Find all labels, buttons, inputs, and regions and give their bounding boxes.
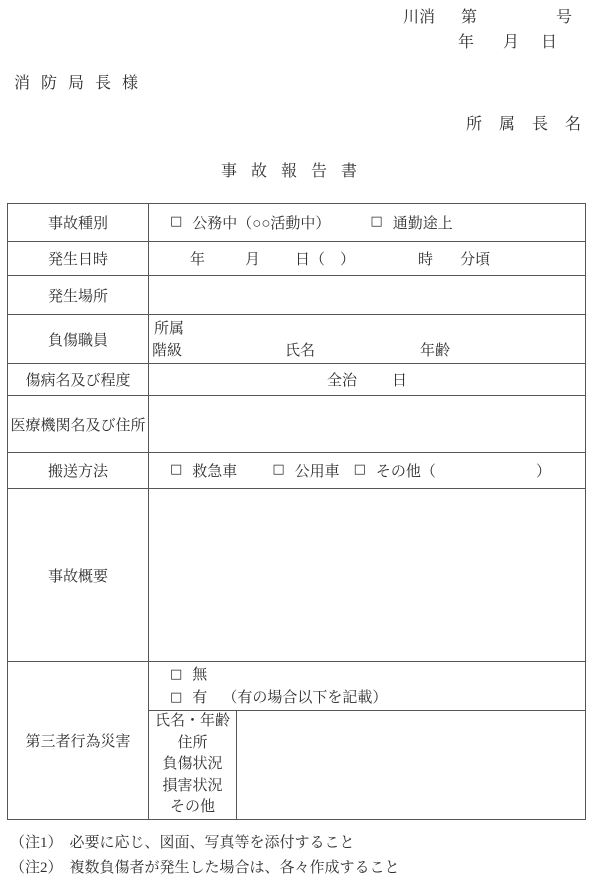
option-on-duty-label: 公務中（○○活動中） <box>192 212 330 233</box>
option-commute-label: 通勤途上 <box>393 212 453 233</box>
medical-institution-input-area[interactable] <box>149 396 585 452</box>
row-third-party: 第三者行為災害 □ 無 □ 有 （有の場合以下を記載） 氏名・年齢 住所 負傷状… <box>8 661 585 819</box>
location-input-area[interactable] <box>149 276 585 314</box>
detail-name-age-label: 氏名・年齢 <box>155 711 230 732</box>
checkbox-ambulance-icon[interactable]: □ <box>170 462 182 477</box>
third-party-yes-label: 有 <box>192 687 207 710</box>
datetime-year-label: 年 <box>190 248 205 269</box>
checkbox-commute-icon[interactable]: □ <box>370 214 382 229</box>
checkbox-none-icon[interactable]: □ <box>170 663 182 686</box>
row-accident-summary: 事故概要 <box>8 488 585 661</box>
datetime-month-label: 月 <box>245 248 260 269</box>
datetime-minute-label: 分頃 <box>460 248 490 269</box>
location-label: 発生場所 <box>8 276 149 314</box>
doc-number-dai: 第 <box>461 4 477 27</box>
option-ambulance-label: 救急車 <box>192 460 237 481</box>
checkbox-on-duty-icon[interactable]: □ <box>170 214 182 229</box>
accident-summary-input-area[interactable] <box>149 489 585 661</box>
injured-rank-label: 階級 <box>152 340 182 362</box>
note-2: （注2） 複数負傷者が発生した場合は、各々作成すること <box>10 856 400 875</box>
injured-name-label: 氏名 <box>285 340 315 362</box>
row-location: 発生場所 <box>8 275 585 314</box>
row-medical-institution: 医療機関名及び住所 <box>8 395 585 452</box>
medical-institution-label: 医療機関名及び住所 <box>8 396 149 452</box>
checkbox-yes-icon[interactable]: □ <box>170 686 182 709</box>
accident-report-table: 事故種別 □ 公務中（○○活動中） □ 通勤途上 発生日時 年 月 日（ ） 時… <box>7 203 586 820</box>
option-other-close-paren: ） <box>536 460 551 481</box>
note-1-number: （注1） <box>10 831 63 856</box>
third-party-yes-note: （有の場合以下を記載） <box>222 687 387 710</box>
detail-address-label: 住所 <box>177 733 207 754</box>
third-party-none-option: □ 無 <box>170 664 585 687</box>
transport-method-label: 搬送方法 <box>8 453 149 488</box>
option-on-duty: □ 公務中（○○活動中） <box>170 212 330 233</box>
recipient-fire-chief: 消防局長様 <box>14 70 149 93</box>
injured-detail-line: 階級 氏名 年齢 <box>149 340 585 362</box>
heal-days-label: 日 <box>392 369 407 390</box>
datetime-content: 年 月 日（ ） 時 分頃 <box>149 242 585 275</box>
third-party-detail-labels: 氏名・年齢 住所 負傷状況 損害状況 その他 <box>149 711 237 819</box>
injury-name-content: 全治 日 <box>149 364 585 395</box>
third-party-yes-no: □ 無 □ 有 （有の場合以下を記載） <box>149 662 585 711</box>
accident-summary-label: 事故概要 <box>8 489 149 661</box>
note-2-number: （注2） <box>10 856 63 875</box>
detail-other-label: その他 <box>170 797 215 818</box>
option-other: □ その他（ <box>354 460 436 481</box>
injured-staff-label: 負傷職員 <box>8 315 149 363</box>
note-1: （注1） 必要に応じ、図面、写真等を添付すること <box>10 831 400 856</box>
third-party-details: 氏名・年齢 住所 負傷状況 損害状況 その他 <box>149 711 585 819</box>
header-date-month: 月 <box>503 29 519 52</box>
row-injured-staff: 負傷職員 所属 階級 氏名 年齢 <box>8 314 585 363</box>
injury-name-label: 傷病名及び程度 <box>8 364 149 395</box>
transport-method-content: □ 救急車 □ 公用車 □ その他（ ） <box>149 453 585 488</box>
note-1-text: 必要に応じ、図面、写真等を添付すること <box>70 831 355 856</box>
footer-notes: （注1） 必要に応じ、図面、写真等を添付すること （注2） 複数負傷者が発生した… <box>10 831 400 875</box>
option-ambulance: □ 救急車 <box>170 460 237 481</box>
checkbox-other-icon[interactable]: □ <box>354 462 366 477</box>
option-official-car: □ 公用車 <box>272 460 339 481</box>
third-party-content: □ 無 □ 有 （有の場合以下を記載） 氏名・年齢 住所 負傷状況 損害状況 そ… <box>149 662 585 819</box>
checkbox-official-car-icon[interactable]: □ <box>272 462 284 477</box>
row-datetime: 発生日時 年 月 日（ ） 時 分頃 <box>8 241 585 275</box>
option-commute: □ 通勤途上 <box>370 212 452 233</box>
datetime-label: 発生日時 <box>8 242 149 275</box>
third-party-yes-option: □ 有 （有の場合以下を記載） <box>170 687 585 710</box>
detail-injury-status-label: 負傷状況 <box>162 754 222 775</box>
datetime-day-label: 日（ ） <box>295 248 355 269</box>
option-other-label: その他（ <box>376 460 436 481</box>
header-date-year: 年 <box>458 29 474 52</box>
doc-number-office: 川消 <box>403 4 435 27</box>
row-transport-method: 搬送方法 □ 救急車 □ 公用車 □ その他（ ） <box>8 452 585 488</box>
heal-label: 全治 <box>327 369 357 390</box>
injured-staff-content: 所属 階級 氏名 年齢 <box>149 315 585 363</box>
injured-age-label: 年齢 <box>420 340 450 362</box>
accident-report-page: { "header": { "doc_number": { "office": … <box>0 0 592 875</box>
row-accident-type: 事故種別 □ 公務中（○○活動中） □ 通勤途上 <box>8 204 585 241</box>
row-injury-name: 傷病名及び程度 全治 日 <box>8 363 585 395</box>
third-party-label: 第三者行為災害 <box>8 662 149 819</box>
accident-type-label: 事故種別 <box>8 204 149 241</box>
header-date-day: 日 <box>541 29 557 52</box>
accident-type-content: □ 公務中（○○活動中） □ 通勤途上 <box>149 204 585 241</box>
detail-damage-status-label: 損害状況 <box>162 776 222 797</box>
third-party-detail-input-area[interactable] <box>237 711 585 819</box>
option-official-car-label: 公用車 <box>295 460 340 481</box>
third-party-none-label: 無 <box>192 664 207 687</box>
signer-department-head: 所属長名 <box>466 111 592 134</box>
page-title: 事故報告書 <box>0 158 592 181</box>
datetime-hour-label: 時 <box>418 248 433 269</box>
note-2-text: 複数負傷者が発生した場合は、各々作成すること <box>70 856 400 875</box>
doc-number-go: 号 <box>556 4 572 27</box>
injured-affiliation-label: 所属 <box>149 318 585 340</box>
